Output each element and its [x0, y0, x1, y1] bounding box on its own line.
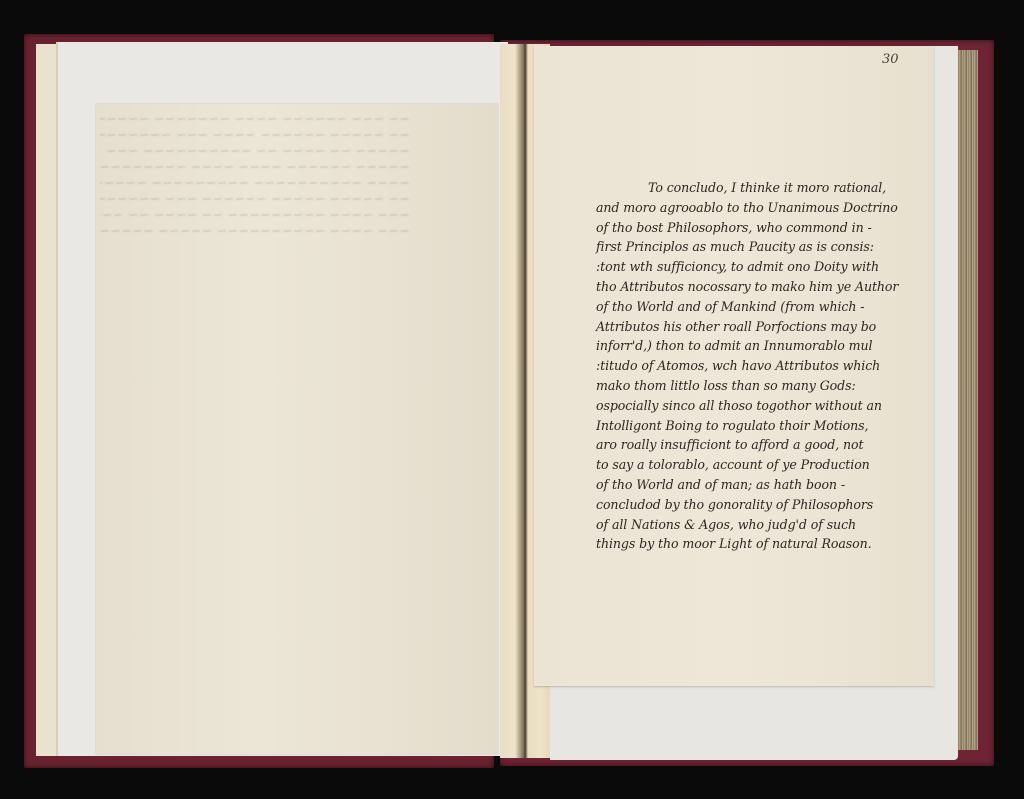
text-line: of tho bost Philosophors, who commond in…: [596, 218, 936, 238]
text-line: to say a tolorablo, account of ye Produc…: [596, 455, 936, 475]
text-line: mako thom littlo loss than so many Gods:: [596, 376, 936, 396]
folio-number: 30: [882, 52, 899, 67]
text-line: :tont wth sufficioncy, to admit ono Doit…: [596, 257, 936, 277]
text-line: of tho World and of man; as hath boon -: [596, 475, 936, 495]
text-line: :titudo of Atomos, wch havo Attributos w…: [596, 356, 936, 376]
text-line: ospocially sinco all thoso togothor with…: [596, 396, 936, 416]
text-line: Intolligont Boing to rogulato thoir Moti…: [596, 416, 936, 436]
text-line: Attributos his other roall Porfoctions m…: [596, 317, 936, 337]
text-line: first Principlos as much Paucity as is c…: [596, 237, 936, 257]
text-line: of tho World and of Mankind (from which …: [596, 297, 936, 317]
show-through-text: ~~ ~~~ ~~~~~~ ~~~~ ~~~~~~~ ~~~~~~~~ ~~ ~…: [100, 112, 410, 262]
text-line: tho Attributos nocossary to mako him ye …: [596, 277, 936, 297]
text-line: of all Nations & Agos, who judg'd of suc…: [596, 515, 936, 535]
manuscript-text: To concludo, I thinke it moro rational, …: [596, 178, 936, 554]
text-line: To concludo, I thinke it moro rational,: [596, 178, 936, 198]
text-line: inforr'd,) thon to admit an Innumorablo …: [596, 336, 936, 356]
text-line: concludod by tho gonorality of Philosoph…: [596, 495, 936, 515]
text-line: aro roally insufficiont to afford a good…: [596, 435, 936, 455]
text-line: things by tho moor Light of natural Roas…: [596, 534, 936, 554]
page-edges: [958, 50, 978, 750]
text-line: and moro agrooablo to tho Unanimous Doct…: [596, 198, 936, 218]
